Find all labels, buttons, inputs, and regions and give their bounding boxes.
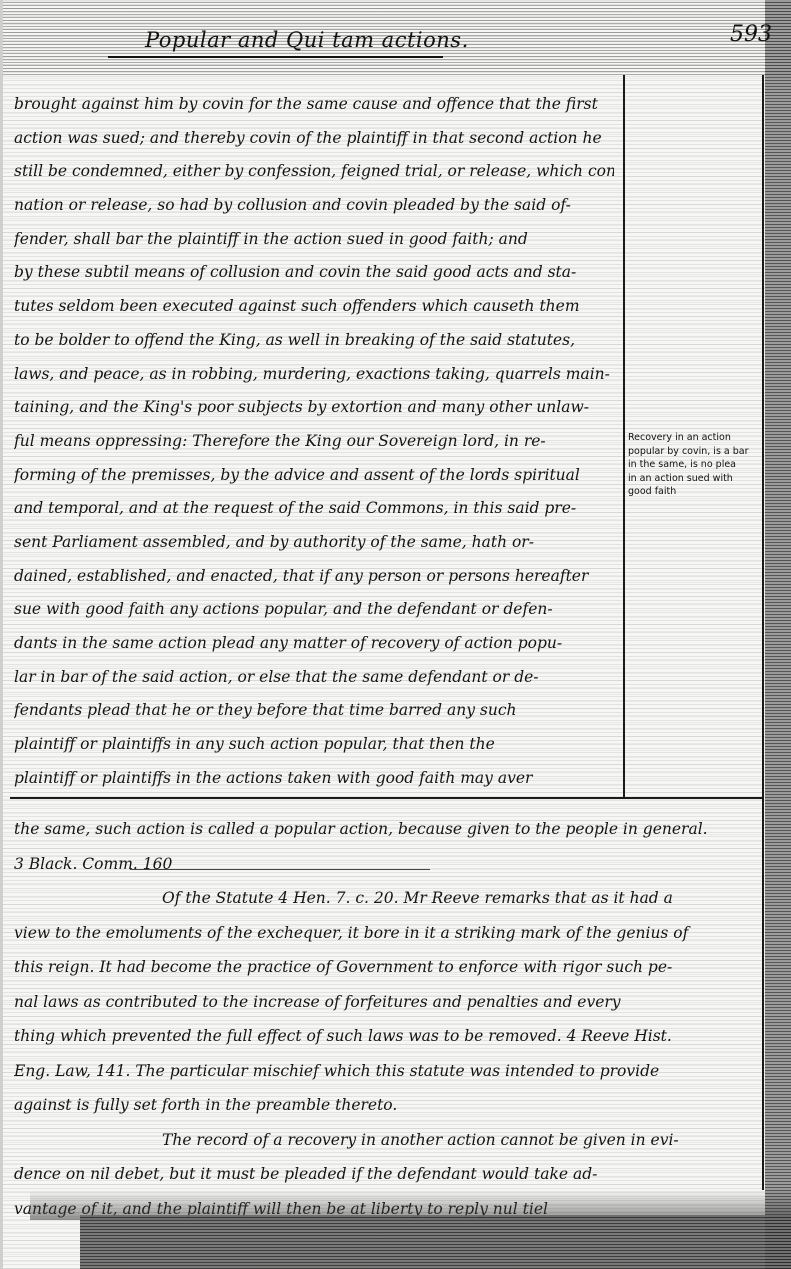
manuscript-page: Popular and Qui tam actions. 593 brought… xyxy=(0,0,791,1269)
page-title: Popular and Qui tam actions. xyxy=(145,28,469,52)
text-line: taining, and the King's poor subjects by… xyxy=(14,391,614,425)
text-line: and temporal, and at the request of the … xyxy=(14,492,614,526)
page-number: 593 xyxy=(730,22,772,47)
text-line: dained, established, and enacted, that i… xyxy=(14,560,614,594)
text-line: sent Parliament assembled, and by author… xyxy=(14,526,614,560)
margin-note-line: Recovery in an action xyxy=(628,431,758,445)
main-column-text: brought against him by covin for the sam… xyxy=(14,88,614,795)
section-divider-rule xyxy=(10,797,764,799)
text-line: fendants plead that he or they before th… xyxy=(14,694,614,728)
text-line: against is fully set forth in the preamb… xyxy=(14,1088,769,1123)
text-line: view to the emoluments of the exchequer,… xyxy=(14,916,769,951)
paragraph-start-line: The record of a recovery in another acti… xyxy=(14,1123,769,1158)
text-line: tutes seldom been executed against such … xyxy=(14,290,614,324)
text-line: still be condemned, either by confession… xyxy=(14,155,614,189)
text-line: by these subtil means of collusion and c… xyxy=(14,256,614,290)
margin-column-rule-left xyxy=(623,75,625,797)
text-line: forming of the premisses, by the advice … xyxy=(14,459,614,493)
text-line: plaintiff or plaintiffs in the actions t… xyxy=(14,762,614,796)
text-line: sue with good faith any actions popular,… xyxy=(14,593,614,627)
text-line: ful means oppressing: Therefore the King… xyxy=(14,425,614,459)
text-line: plaintiff or plaintiffs in any such acti… xyxy=(14,728,614,762)
text-line: dence on nil debet, but it must be plead… xyxy=(14,1157,769,1192)
citation-line: 3 Black. Comm. 160 xyxy=(14,847,769,882)
text-line: to be bolder to offend the King, as well… xyxy=(14,324,614,358)
text-line: action was sued; and thereby covin of th… xyxy=(14,122,614,156)
text-line: nation or release, so had by collusion a… xyxy=(14,189,614,223)
text-line: Eng. Law, 141. The particular mischief w… xyxy=(14,1054,769,1089)
margin-note-line: good faith xyxy=(628,485,758,499)
title-underline xyxy=(108,56,443,58)
text-line: thing which prevented the full effect of… xyxy=(14,1019,769,1054)
page-header: Popular and Qui tam actions. 593 xyxy=(0,8,791,68)
text-line: dants in the same action plead any matte… xyxy=(14,627,614,661)
text-line: the same, such action is called a popula… xyxy=(14,812,769,847)
text-line: lar in bar of the said action, or else t… xyxy=(14,661,614,695)
margin-note-line: popular by covin, is a bar xyxy=(628,445,758,459)
margin-note: Recovery in an action popular by covin, … xyxy=(628,431,758,499)
scan-left-edge xyxy=(0,0,3,1269)
margin-note-line: in the same, is no plea xyxy=(628,458,758,472)
text-line: fender, shall bar the plaintiff in the a… xyxy=(14,223,614,257)
text-line: brought against him by covin for the sam… xyxy=(14,88,614,122)
paragraph-start-line: Of the Statute 4 Hen. 7. c. 20. Mr Reeve… xyxy=(14,881,769,916)
scan-noise-bottom xyxy=(80,1215,791,1269)
commentary-text: the same, such action is called a popula… xyxy=(14,812,769,1226)
text-line: this reign. It had become the practice o… xyxy=(14,950,769,985)
margin-note-line: in an action sued with xyxy=(628,472,758,486)
text-line: laws, and peace, as in robbing, murderin… xyxy=(14,358,614,392)
text-line: nal laws as contributed to the increase … xyxy=(14,985,769,1020)
